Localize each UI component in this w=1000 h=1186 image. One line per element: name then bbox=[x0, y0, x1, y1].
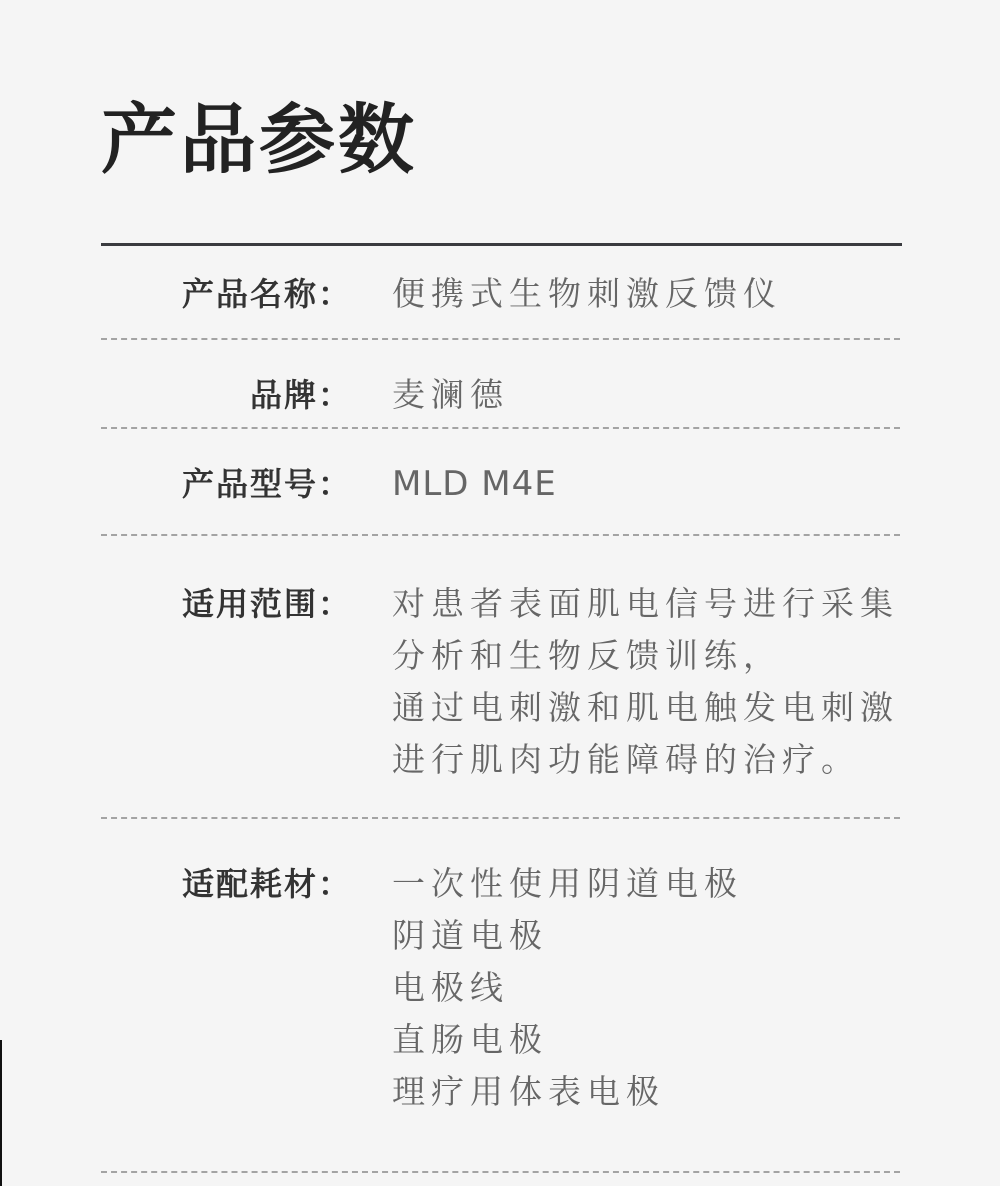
spec-label: 适配耗材： bbox=[182, 858, 352, 910]
title-divider bbox=[101, 243, 902, 246]
spec-value-line: 麦澜德 bbox=[392, 369, 509, 421]
spec-value: 便携式生物刺激反馈仪 bbox=[392, 268, 782, 320]
spec-value-line: 通过电刺激和肌电触发电刺激 bbox=[392, 682, 899, 734]
row-divider bbox=[101, 1171, 900, 1173]
spec-value-line: 阴道电极 bbox=[392, 910, 743, 962]
page-title: 产品参数 bbox=[101, 92, 417, 188]
spec-value-line: MLD M4E bbox=[392, 458, 557, 510]
left-edge-border bbox=[0, 1040, 2, 1186]
row-divider bbox=[101, 817, 900, 819]
spec-value: 对患者表面肌电信号进行采集 分析和生物反馈训练， 通过电刺激和肌电触发电刺激 进… bbox=[392, 578, 899, 786]
spec-label: 适用范围： bbox=[182, 578, 352, 630]
spec-value: 麦澜德 bbox=[392, 369, 509, 421]
spec-label: 品牌： bbox=[250, 369, 352, 421]
row-divider bbox=[101, 427, 900, 429]
row-divider bbox=[101, 534, 900, 536]
spec-value-line: 进行肌肉功能障碍的治疗。 bbox=[392, 734, 899, 786]
spec-value-line: 便携式生物刺激反馈仪 bbox=[392, 268, 782, 320]
spec-value-line: 一次性使用阴道电极 bbox=[392, 858, 743, 910]
spec-value-line: 理疗用体表电极 bbox=[392, 1066, 743, 1118]
row-divider bbox=[101, 338, 900, 340]
spec-value-line: 分析和生物反馈训练， bbox=[392, 630, 899, 682]
spec-value-line: 电极线 bbox=[392, 962, 743, 1014]
spec-value: 一次性使用阴道电极 阴道电极 电极线 直肠电极 理疗用体表电极 bbox=[392, 858, 743, 1118]
spec-label: 产品名称： bbox=[182, 268, 352, 320]
spec-value: MLD M4E bbox=[392, 458, 557, 510]
spec-value-line: 直肠电极 bbox=[392, 1014, 743, 1066]
spec-label: 产品型号： bbox=[182, 458, 352, 510]
spec-value-line: 对患者表面肌电信号进行采集 bbox=[392, 578, 899, 630]
